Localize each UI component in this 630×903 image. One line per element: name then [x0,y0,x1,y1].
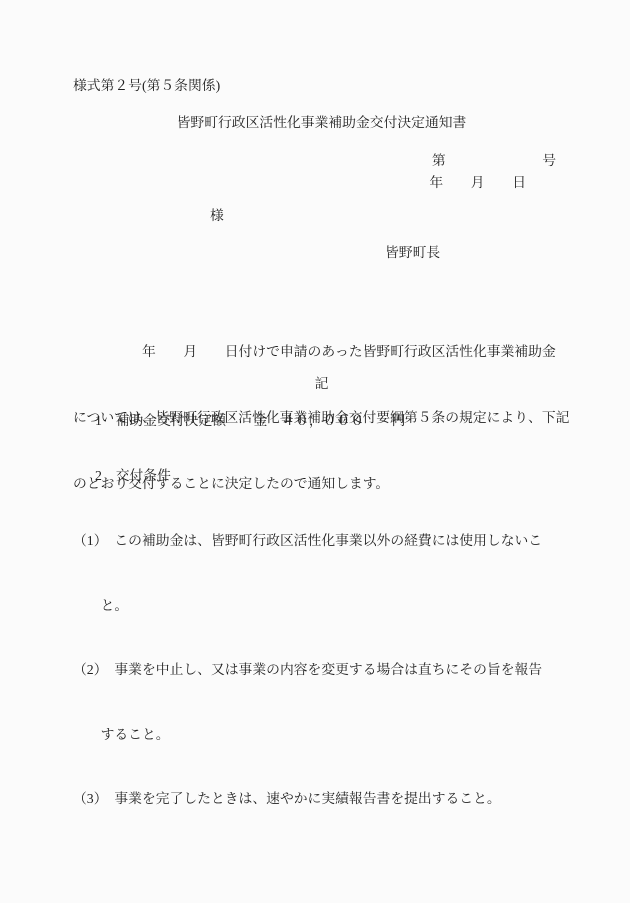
conditions-list: （1） この補助金は、皆野町行政区活性化事業以外の経費には使用しないこ と。 （… [73,487,570,853]
condition-line: （3） 事業を完了したときは、速やかに実績報告書を提出すること。 [73,788,570,810]
ki-marker: 記 [73,376,570,392]
document-page: 様式第２号(第５条関係) 皆野町行政区活性化事業補助金交付決定通知書 第 号 年… [0,0,630,903]
condition-line: （2） 事業を中止し、又は事業の内容を変更する場合は直ちにその旨を報告 [73,659,570,681]
conditions-heading: 2 交付条件 [73,468,570,484]
document-title: 皆野町行政区活性化事業補助金交付決定通知書 [73,115,570,131]
grant-amount-line: 1 補助金交付決定額 金 ４０，０００ 円 [73,413,570,429]
addressee-suffix: 様 [73,208,570,224]
condition-line: すること。 [73,724,570,746]
condition-line: と。 [73,595,570,617]
document-date-line: 年 月 日 [73,175,570,191]
form-number: 様式第２号(第５条関係) [73,78,570,94]
document-number-line: 第 号 [73,153,570,169]
body-line: 年 月 日付けで申請のあった皆野町行政区活性化事業補助金 [73,341,570,363]
sender-title: 皆野町長 [73,245,570,261]
condition-line: （1） この補助金は、皆野町行政区活性化事業以外の経費には使用しないこ [73,530,570,552]
